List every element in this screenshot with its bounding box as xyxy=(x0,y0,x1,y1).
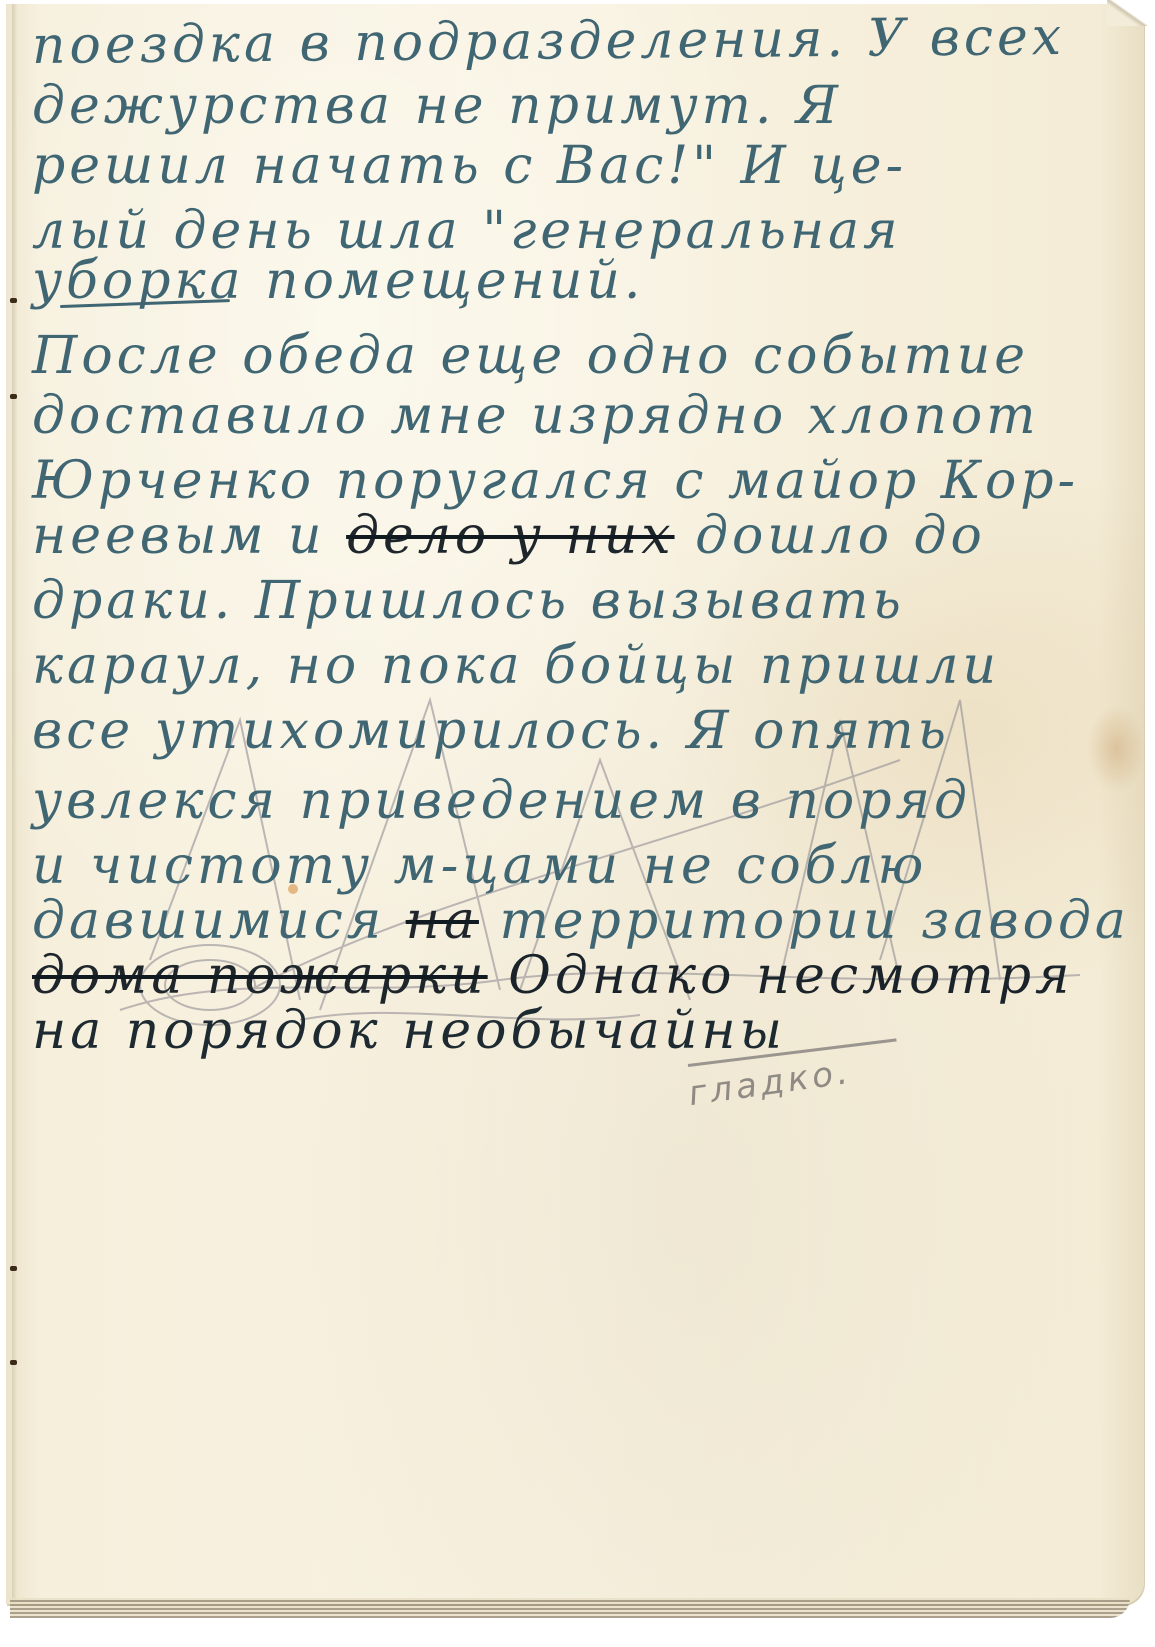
struck-out-text: дело у них xyxy=(346,506,674,566)
binding-stitch xyxy=(10,298,17,303)
handwritten-line-16: дома пожарки Однако несмотря xyxy=(32,950,1074,1002)
stacked-page-edges xyxy=(10,1598,1130,1618)
line-text: неевым и xyxy=(32,506,326,566)
binding-stitch xyxy=(10,1360,17,1365)
handwritten-line-4: лый день шла "генеральная xyxy=(32,205,902,257)
line-text-continued: Однако несмотря xyxy=(508,946,1073,1006)
struck-out-text: на xyxy=(406,891,479,951)
binding-stitch xyxy=(10,1266,17,1271)
scanned-notebook-page: поездка в подразделения. У всех дежурств… xyxy=(0,0,1155,1647)
handwritten-line-13: увлекся приведением в поряд xyxy=(32,775,971,827)
line-text-continued: дошло до xyxy=(695,506,986,566)
handwritten-line-14: и чистоту м-цами не соблю xyxy=(32,840,927,892)
handwritten-line-11: караул, но пока бойцы пришли xyxy=(32,640,1000,692)
handwritten-line-9: неевым и дело у них дошло до xyxy=(32,510,986,562)
binding-stitch xyxy=(10,394,17,399)
handwritten-line-5: уборка помещений. xyxy=(32,255,644,307)
handwritten-line-17: на порядок необычайны xyxy=(32,1005,786,1057)
handwritten-line-2: дежурства не примут. Я xyxy=(32,80,842,132)
handwritten-line-15: давшимися на территории завода xyxy=(32,895,1130,947)
handwritten-line-6: После обеда еще одно событие xyxy=(32,330,1029,382)
line-text: давшимися xyxy=(32,891,385,951)
struck-out-text: дома пожарки xyxy=(32,946,488,1006)
handwritten-line-8: Юрченко поругался с майор Кор- xyxy=(32,455,1079,507)
handwritten-line-3: решил начать с Вас!" И це- xyxy=(32,140,907,192)
handwritten-line-1: поездка в подразделения. У всех xyxy=(32,11,1066,72)
handwritten-line-10: драки. Пришлось вызывать xyxy=(32,575,905,627)
handwritten-line-7: доставило мне изрядно хлопот xyxy=(32,390,1040,442)
paper-stain xyxy=(1086,704,1146,794)
torn-corner xyxy=(1107,0,1147,26)
handwritten-line-12: все утихомирилось. Я опять xyxy=(32,705,950,757)
line-text-continued: территории завода xyxy=(499,891,1129,951)
